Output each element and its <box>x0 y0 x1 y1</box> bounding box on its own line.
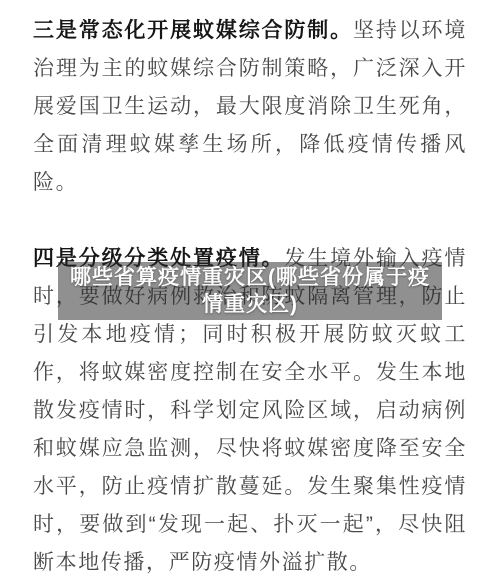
article-page: 三是常态化开展蚊媒综合防制。坚持以环境治理为主的蚊媒综合防制策略，广泛深入开展爱… <box>0 0 500 580</box>
watermark-text-line-1: 哪些省算疫情重灾区(哪些省份属于疫 <box>70 264 430 291</box>
watermark-overlay: 哪些省算疫情重灾区(哪些省份属于疫 情重灾区) <box>58 262 442 320</box>
paragraph-heading: 三是常态化开展蚊媒综合防制。 <box>33 19 353 42</box>
watermark-text-line-2: 情重灾区) <box>202 291 298 318</box>
paragraph-body: 坚持以环境治理为主的蚊媒综合防制策略，广泛深入开展爱国卫生运动，最大限度消除卫生… <box>33 19 467 194</box>
paragraph-mosquito-control: 三是常态化开展蚊媒综合防制。坚持以环境治理为主的蚊媒综合防制策略，广泛深入开展爱… <box>33 12 467 202</box>
